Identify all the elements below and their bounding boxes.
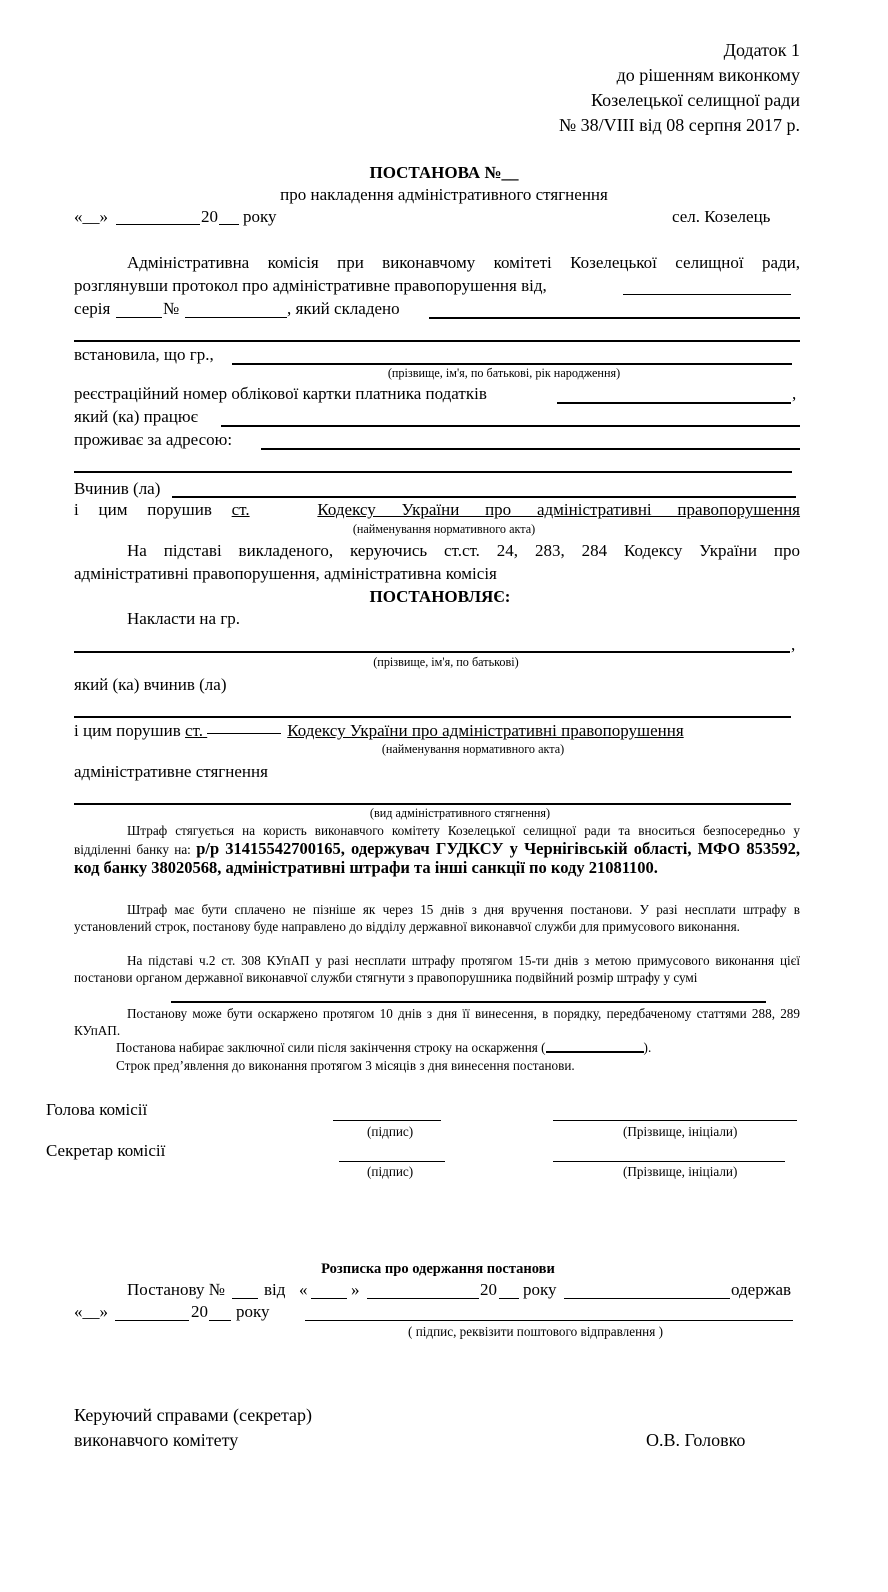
fine-paragraph-4: Постанову може бути оскаржено протягом 1… bbox=[74, 1006, 800, 1039]
effective-text: Постанова набирає заключної сили після з… bbox=[116, 1040, 546, 1055]
address-field[interactable] bbox=[261, 448, 800, 450]
place-label: сел. Козелець bbox=[672, 207, 770, 227]
committed-field[interactable] bbox=[172, 496, 796, 498]
receipt-year-prefix: 20 bbox=[480, 1280, 497, 1300]
violated-code: Кодексу України про адміністративні прав… bbox=[317, 500, 800, 519]
works-label: який (ка) працює bbox=[74, 407, 198, 427]
receipt-date-year-field[interactable] bbox=[209, 1320, 231, 1321]
receipt-quote-close: » bbox=[351, 1280, 360, 1300]
receipt-recipient-field[interactable] bbox=[564, 1298, 730, 1299]
address-label: проживає за адресою: bbox=[74, 430, 232, 450]
resolves-heading: ПОСТАНОВЛЯЄ: bbox=[0, 587, 880, 607]
receipt-from-label: від bbox=[264, 1280, 285, 1300]
receipt-year-field[interactable] bbox=[499, 1298, 519, 1299]
receipt-month-field[interactable] bbox=[367, 1298, 479, 1299]
date-year-suffix: року bbox=[243, 207, 277, 227]
secretary-name-caption: (Прізвище, ініціали) bbox=[623, 1164, 737, 1180]
receipt-year-suffix: року bbox=[523, 1280, 557, 1300]
date-year-blank[interactable] bbox=[219, 224, 239, 225]
footer-position-1: Керуючий справами (секретар) bbox=[74, 1405, 312, 1426]
violated2-prefix: і цим порушив bbox=[74, 721, 181, 740]
fine-paragraph-1: Штраф стягується на користь виконавчого … bbox=[74, 822, 800, 878]
receipt-caption: ( підпис, реквізити поштового відправлен… bbox=[408, 1324, 663, 1340]
chair-signature-field[interactable] bbox=[333, 1120, 441, 1121]
established-label: встановила, що гр., bbox=[74, 345, 214, 365]
protocol-date-field[interactable] bbox=[623, 294, 791, 295]
basis-line-2: адміністративні правопорушення, адмініст… bbox=[74, 564, 497, 584]
offender-fullname-field[interactable] bbox=[232, 363, 792, 365]
footer-signatory-name: О.В. Головко bbox=[646, 1430, 745, 1451]
series-field[interactable] bbox=[116, 317, 162, 318]
chair-name-field[interactable] bbox=[553, 1120, 797, 1121]
caption-penalty: (вид адміністративного стягнення) bbox=[0, 806, 888, 821]
composed-by-field[interactable] bbox=[429, 317, 800, 319]
workplace-field[interactable] bbox=[221, 425, 800, 427]
address-field-line-2[interactable] bbox=[74, 471, 792, 473]
receipt-signature-field[interactable] bbox=[305, 1320, 793, 1321]
who-committed-label: який (ка) вчинив (ла) bbox=[74, 675, 227, 695]
chair-name-caption: (Прізвище, ініціали) bbox=[623, 1124, 737, 1140]
date-day-field[interactable]: «__» bbox=[74, 207, 108, 227]
fine-paragraph-5: Постанова набирає заключної сили після з… bbox=[116, 1040, 651, 1056]
basis-line-1: На підставі викладеного, керуючись ст.ст… bbox=[74, 541, 800, 561]
effective-text-end: ). bbox=[644, 1040, 652, 1055]
violated-article[interactable]: ст. bbox=[232, 500, 298, 519]
receipt-number-label: Постанову № bbox=[127, 1280, 225, 1300]
receipt-number-field[interactable] bbox=[232, 1298, 258, 1299]
intro-line-1: Адміністративна комісія при виконавчому … bbox=[74, 253, 800, 273]
document-title: ПОСТАНОВА №__ bbox=[0, 163, 888, 183]
receipt-day-field[interactable] bbox=[311, 1298, 347, 1299]
receipt-title: Розписка про одержання постанови bbox=[0, 1261, 876, 1278]
appendix-line-2: до рішенням виконкому bbox=[617, 65, 800, 86]
appendix-line-1: Додаток 1 bbox=[724, 40, 800, 61]
receipt-date-year-prefix: 20 bbox=[191, 1302, 208, 1322]
secretary-signature-caption: (підпис) bbox=[367, 1164, 413, 1180]
tax-number-label: реєстраційний номер облікової картки пла… bbox=[74, 384, 487, 404]
double-fine-text: На підставі ч.2 ст. 308 КУпАП у разі нес… bbox=[74, 953, 800, 985]
chair-signature-caption: (підпис) bbox=[367, 1124, 413, 1140]
receipt-date-day[interactable]: «__» bbox=[74, 1302, 108, 1322]
secretary-label: Секретар комісії bbox=[46, 1141, 165, 1161]
document-subtitle: про накладення адміністративного стягнен… bbox=[0, 185, 888, 205]
violated-prefix: і цим порушив bbox=[74, 500, 212, 519]
secretary-signature-field[interactable] bbox=[339, 1161, 445, 1162]
tax-number-field[interactable] bbox=[557, 402, 791, 404]
appendix-line-4: № 38/VIII від 08 серпня 2017 р. bbox=[559, 115, 800, 136]
appendix-line-3: Козелецької селищної ради bbox=[591, 90, 800, 111]
violated2-article[interactable]: ст. bbox=[185, 721, 281, 740]
caption-act-1: (найменування нормативного акта) bbox=[0, 522, 888, 537]
number-field[interactable] bbox=[185, 317, 287, 318]
impose-label: Накласти на гр. bbox=[127, 609, 240, 629]
date-month-blank[interactable] bbox=[116, 224, 200, 225]
fine-paragraph-2: Штраф має бути сплачено не пізніше як че… bbox=[74, 902, 800, 935]
penalty-type-field[interactable] bbox=[74, 803, 791, 805]
receipt-quote-open: « bbox=[299, 1280, 308, 1300]
receipt-date-year-suffix: року bbox=[236, 1302, 270, 1322]
penalty-label: адміністративне стягнення bbox=[74, 762, 268, 782]
chair-label: Голова комісії bbox=[46, 1100, 147, 1120]
committed-label: Вчинив (ла) bbox=[74, 479, 160, 499]
effective-date-field[interactable] bbox=[546, 1051, 644, 1053]
violated-line-2: і цим порушив ст. Кодексу України про ад… bbox=[74, 721, 684, 741]
receipt-received-label: одержав bbox=[731, 1280, 791, 1300]
caption-fullname: (прізвище, ім'я, по батькові) bbox=[0, 655, 888, 670]
caption-fullname-birth: (прізвище, ім'я, по батькові, рік народж… bbox=[0, 366, 888, 381]
impose-fullname-field[interactable] bbox=[74, 651, 790, 653]
composed-label: , який складено bbox=[287, 299, 400, 319]
violated2-code: Кодексу України про адміністративні прав… bbox=[287, 721, 683, 740]
receipt-date-month-field[interactable] bbox=[115, 1320, 189, 1321]
fine-paragraph-3: На підставі ч.2 ст. 308 КУпАП у разі нес… bbox=[74, 953, 800, 986]
footer-position-2: виконавчого комітету bbox=[74, 1430, 238, 1451]
who-committed-field[interactable] bbox=[74, 716, 791, 718]
intro-text-1: Адміністративна комісія при виконавчому … bbox=[127, 253, 800, 272]
impose-comma: , bbox=[791, 635, 795, 655]
violated-line: і цим порушив ст. Кодексу України про ад… bbox=[74, 500, 800, 520]
intro-line-2: розглянувши протокол про адміністративне… bbox=[74, 276, 547, 296]
composed-by-field-line-2[interactable] bbox=[74, 340, 800, 342]
caption-act-2: (найменування нормативного акта) bbox=[0, 742, 888, 757]
double-fine-amount-field[interactable] bbox=[171, 1001, 766, 1003]
secretary-name-field[interactable] bbox=[553, 1161, 785, 1162]
basis-text-1: На підставі викладеного, керуючись ст.ст… bbox=[127, 541, 800, 560]
tax-comma: , bbox=[792, 384, 796, 404]
series-label: серія bbox=[74, 299, 110, 319]
fine-paragraph-6: Строк пред’явлення до виконання протягом… bbox=[116, 1058, 575, 1074]
date-year-prefix: 20 bbox=[201, 207, 218, 227]
number-label: № bbox=[163, 299, 179, 319]
